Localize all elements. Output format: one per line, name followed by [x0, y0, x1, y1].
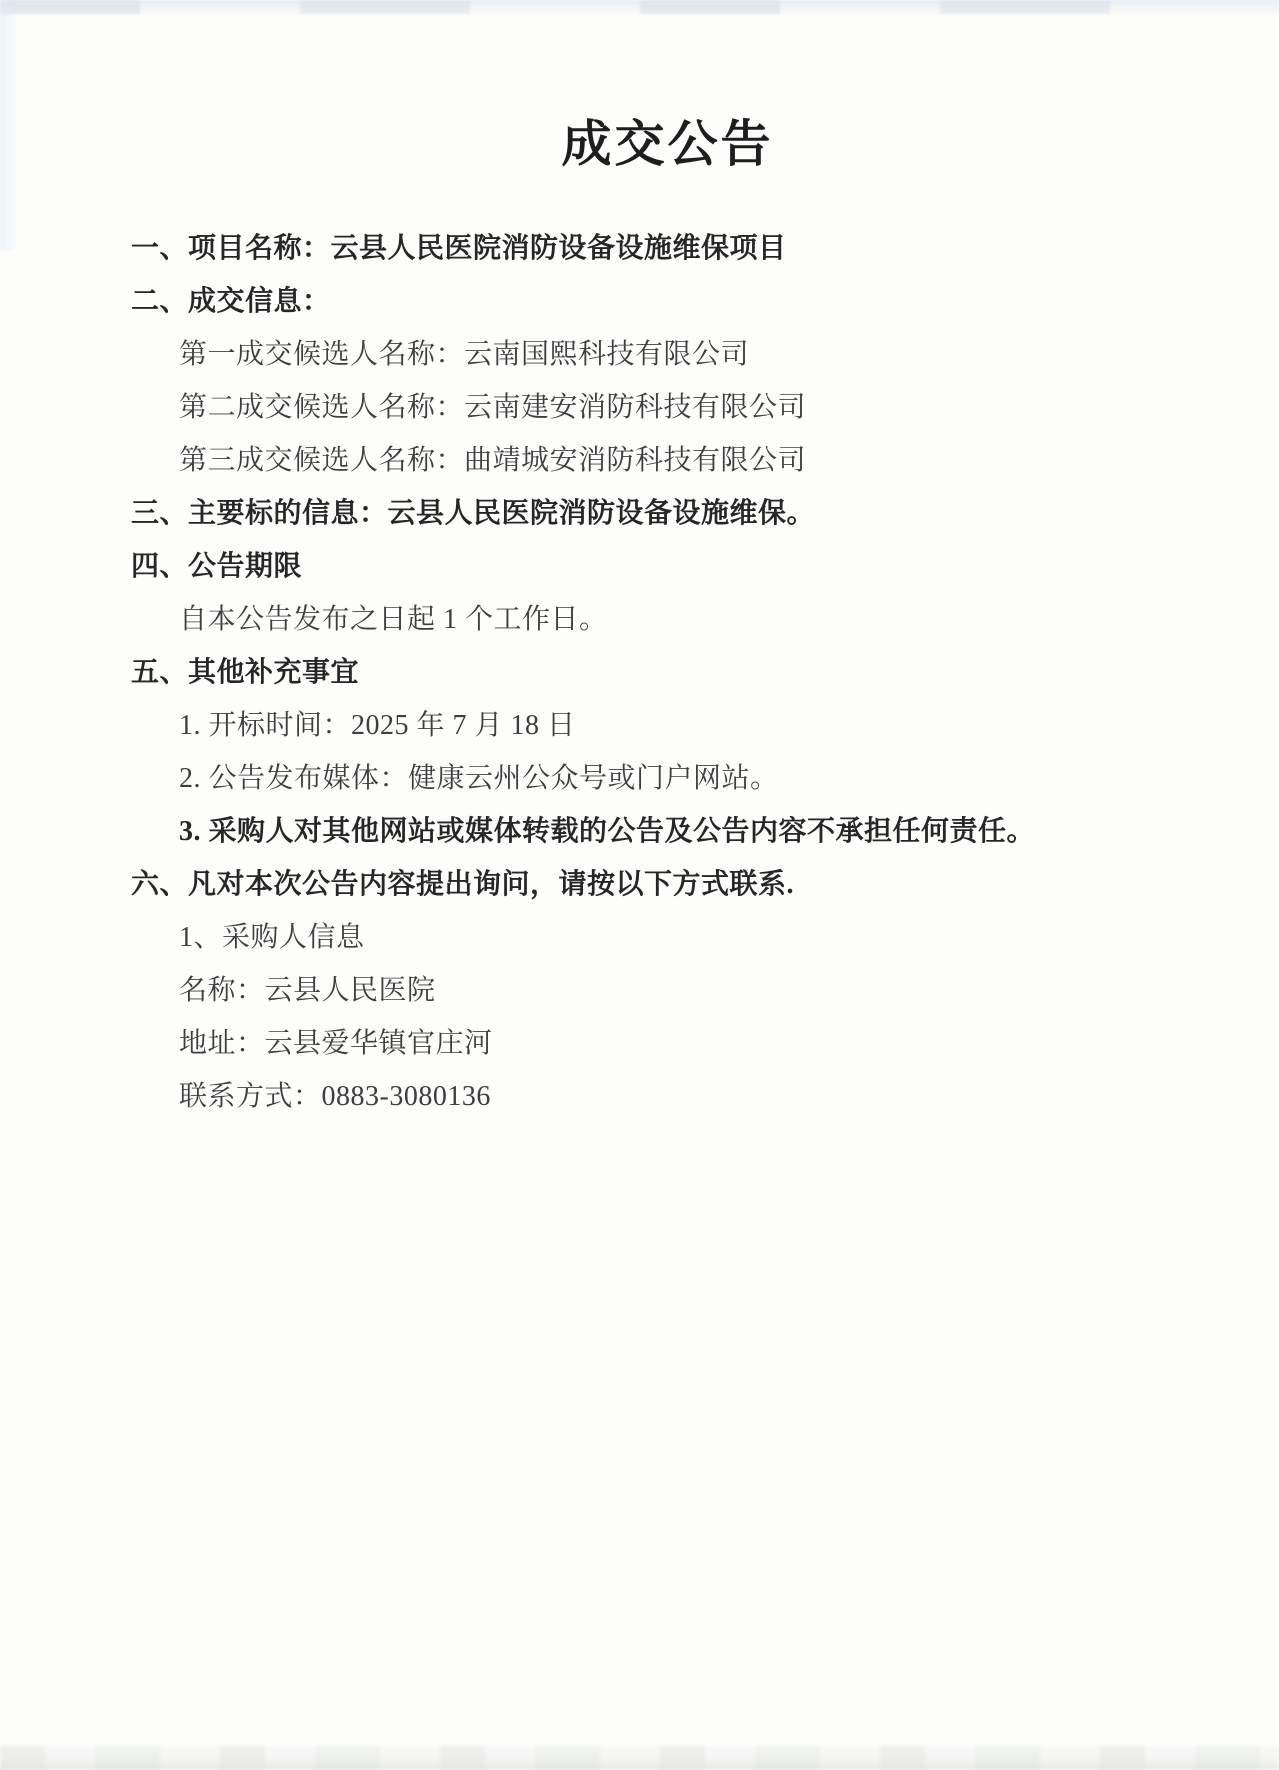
scan-edge-artifact-top: [0, 0, 1279, 14]
purchaser-name: 名称：云县人民医院: [0, 964, 1279, 1017]
scan-edge-artifact-bottom: [0, 1746, 1279, 1770]
supplement-item-bid-opening-time: 1. 开标时间：2025 年 7 月 18 日: [0, 699, 1279, 752]
purchaser-info-heading: 1、采购人信息: [0, 911, 1279, 964]
purchaser-address: 地址：云县爱华镇官庄河: [0, 1017, 1279, 1070]
section-3-subject-info: 三、主要标的信息：云县人民医院消防设备设施维保。: [0, 487, 1279, 540]
document-page: 成交公告 一、项目名称：云县人民医院消防设备设施维保项目 二、成交信息： 第一成…: [0, 0, 1279, 1770]
section-6-contact-heading: 六、凡对本次公告内容提出询问，请按以下方式联系.: [0, 858, 1279, 911]
section-4-period-heading: 四、公告期限: [0, 540, 1279, 593]
award-candidate-1: 第一成交候选人名称：云南国熙科技有限公司: [0, 328, 1279, 381]
section-5-supplement-heading: 五、其他补充事宜: [0, 646, 1279, 699]
supplement-item-publish-media: 2. 公告发布媒体：健康云州公众号或门户网站。: [0, 752, 1279, 805]
section-2-award-info-heading: 二、成交信息：: [0, 275, 1279, 328]
award-candidate-2: 第二成交候选人名称：云南建安消防科技有限公司: [0, 381, 1279, 434]
purchaser-phone: 联系方式：0883-3080136: [0, 1070, 1279, 1123]
section-1-project-name: 一、项目名称：云县人民医院消防设备设施维保项目: [0, 222, 1279, 275]
award-candidate-3: 第三成交候选人名称：曲靖城安消防科技有限公司: [0, 434, 1279, 487]
supplement-item-disclaimer: 3. 采购人对其他网站或媒体转载的公告及公告内容不承担任何责任。: [0, 805, 1279, 858]
document-title: 成交公告: [0, 104, 1279, 176]
period-body-text: 自本公告发布之日起 1 个工作日。: [0, 593, 1279, 646]
document-body: 一、项目名称：云县人民医院消防设备设施维保项目 二、成交信息： 第一成交候选人名…: [0, 222, 1279, 1123]
